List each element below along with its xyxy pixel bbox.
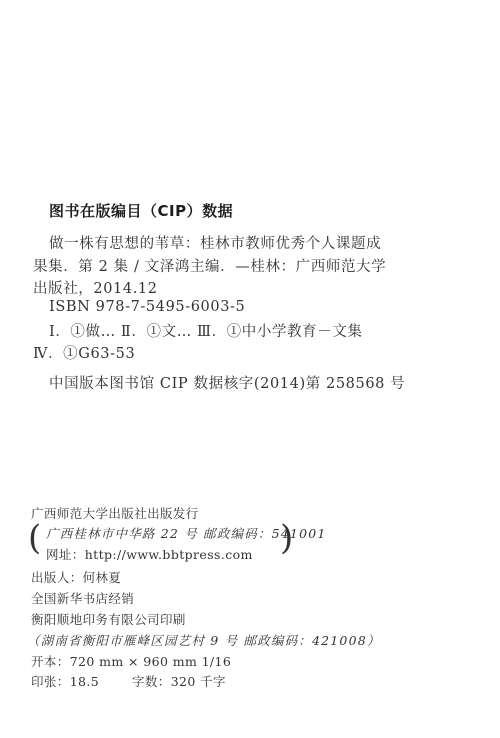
- sheets: 印张：18.5: [31, 672, 99, 690]
- publisher: 广西师范大学出版社出版发行: [31, 504, 199, 522]
- website: 网址：http://www.bbtpress.com: [46, 545, 253, 563]
- cip-title: 图书在版编目（CIP）数据: [49, 200, 233, 221]
- cip-entry-line-2: 果集．第 2 集 / 文泽鸿主编．—桂林：广西师范大学: [33, 255, 386, 276]
- cip-entry-line-3: 出版社，2014.12: [33, 277, 158, 298]
- cip-record-number: 中国版本图书馆 CIP 数据核字(2014)第 258568 号: [49, 372, 405, 393]
- printer-address: （湖南省衡阳市雁峰区园艺村 9 号 邮政编码：421008）: [27, 631, 381, 649]
- word-count: 字数：320 千字: [132, 672, 226, 690]
- printer: 衡阳顺地印务有限公司印刷: [31, 610, 186, 628]
- publisher-person: 出版人：何林夏: [31, 568, 121, 586]
- format: 开本：720 mm × 960 mm 1/16: [31, 652, 231, 670]
- distributor: 全国新华书店经销: [31, 589, 134, 607]
- isbn: ISBN 978-7-5495-6003-5: [49, 299, 245, 315]
- classification-line-1: Ⅰ．①做… Ⅱ．①文… Ⅲ．①中小学教育－文集: [49, 320, 363, 341]
- close-bracket: ): [280, 521, 293, 555]
- classification-line-2: Ⅳ．①G63-53: [33, 342, 135, 363]
- open-bracket: (: [28, 521, 41, 555]
- cip-entry-line-1: 做一株有思想的苇草：桂林市教师优秀个人课题成: [49, 232, 381, 253]
